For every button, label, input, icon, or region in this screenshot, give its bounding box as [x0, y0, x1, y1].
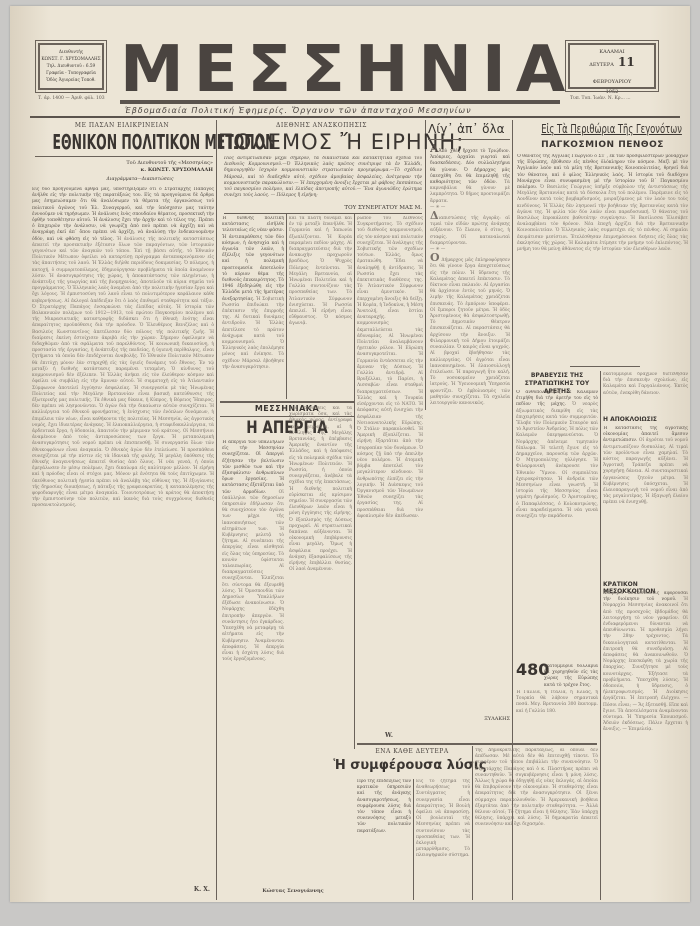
issue-number: Τ. ἀρ. 1400 — Ἀριθ. φύλ. 103: [38, 96, 105, 101]
article-headline: Η ΑΠΟΚΛΟΙΩΣΙΣ: [603, 416, 688, 423]
article-body: Διάφοροι ἀνακοινώσεις ἀφοροῦσαι τὴν διοί…: [603, 591, 688, 891]
section-rule: [428, 139, 510, 140]
byline: Τοῦ Διευθυντοῦ τῆς «Μεσσηνίας» κ. ΚΩΝΣΤ.…: [100, 160, 213, 174]
article-signature: ΞΥΛΑΚΗΣ: [430, 716, 510, 722]
issue-year: 1952: [570, 89, 654, 95]
date-box: ΚΑΛΑΜΑΙ ΔΕΥΤΕΡΑ 11 ΦΕΒΡΟΥΑΡΙΟΥ 1952: [568, 43, 656, 89]
editor-label: Διευθυντής: [40, 48, 102, 55]
editor-phone: Τηλ. Διευθυντοῦ : 6.59: [40, 62, 102, 69]
column-divider: [286, 214, 287, 399]
offices-label: Γραφεῖα - Τυπογραφεῖα: [40, 69, 102, 76]
article-headline: Λίγ᾿ ἀπ᾿ ὅλα: [428, 122, 510, 136]
article-headline: ΠΟΛΕΜΟΣ Ἤ ΕΙΡΗΝΗ;: [218, 130, 423, 154]
headline-rule: [35, 156, 213, 157]
editor-box: Διευθυντής ΚΩΝΣΤ. Γ. ΧΡΥΣΟΜΑΛΛΗΣ Τηλ. Δι…: [38, 43, 104, 90]
column-divider: [216, 120, 217, 900]
masthead-subtitle: Ἑβδομαδιαία Πολιτική Ἐφημερίς. Ὄργανον τ…: [125, 106, 565, 115]
column-divider: [600, 371, 601, 900]
newspaper-page: Διευθυντής ΚΩΝΣΤ. Γ. ΧΡΥΣΟΜΑΛΛΗΣ Τηλ. Δι…: [10, 6, 690, 902]
masthead-title: ΜΕΣΣΗΝΙΑ: [120, 42, 560, 98]
column-divider: [425, 120, 426, 410]
article-signature: W.: [357, 732, 421, 739]
article-signature: Κώστας Σενογιάννης: [235, 888, 351, 894]
article-body: Ὁ θάνατος τῆς Ἀγγλίας Γεωργίου ὁ ΣΤ΄, ἐκ…: [517, 154, 688, 362]
section-rule: [224, 213, 422, 214]
article-kicker: ΕΝΑ ΚΑΘΕ ΔΕΥΤΕΡΑ: [357, 748, 467, 755]
article-body-cont: Εἰς τὸ ζήτημα τῆς ἀναθεωρήσεως τοῦ Συντά…: [416, 779, 470, 894]
section-rule: [570, 366, 640, 367]
article-body: ΑἈπὸ χθὲς ἤρχισε τὸ Τριῴδιον. Ἀπόκριες, …: [430, 144, 510, 704]
section-rule: [220, 401, 354, 403]
printer-note: Τυπ. Τυπ. Ἰωάν. Ν. Κρ... ...: [570, 96, 631, 101]
masthead-rule: [120, 100, 560, 104]
column-divider: [413, 779, 414, 900]
article-body-cont: Ἡ Γαλλία, ἡ Ἰταλία, ἡ Ἑλλάς, ἡ Τουρκία θ…: [516, 690, 598, 740]
article-body: Ὁ ἀνθυπολοχαγὸς ἐκ Καλαμῶν ἐτιμήθη διὰ τ…: [516, 390, 598, 658]
article-body-cont: Τὰς διαθέσεις καὶ τὰ χωρίσματα ὅσα, καὶ …: [289, 406, 352, 740]
article-body: Ἡ ἀπεργία τῶν ὑπαλλήλων εἰς τὴν Μεσσηνία…: [222, 440, 284, 740]
article-signature: Κ. Χ.: [160, 886, 210, 893]
offices-address: Ὁδὸς Ἀγιορείας Τοποθ.: [40, 76, 102, 83]
article-body: Εἰς δύο προηγούμενα ἄρθρα μας, ὑποστηρίξ…: [32, 187, 214, 847]
article-body-cont: ρωπον τοῦ Διεθνοῦς Συγκροτήματος. Τὸ σχέ…: [357, 216, 423, 741]
byline: ΤΟΥ ΣΥΝΕΡΓΑΤΟΥ ΜΑΣ Μ.: [300, 205, 422, 211]
article-body: Ἡ κατάστασις τῆς ἀγροτικῆς οἰκονομίας ἀπ…: [603, 426, 688, 576]
article-kicker: ΔΙΕΘΝΗΣ ΑΝΑΣΚΟΠΗΣΙΣ: [220, 122, 423, 129]
article-kicker: Εἰς Τὰ Περιθώρια Τῆς Γεγονότων: [515, 122, 690, 136]
masthead-bottom-rule: [30, 116, 680, 118]
issue-date: ΔΕΥΤΕΡΑ 11 ΦΕΒΡΟΥΑΡΙΟΥ: [570, 55, 654, 89]
article-body-cont: καὶ τὰ πλάτη δυνάμει καὶ ἐν τῷ μεταξὺ ἐπ…: [289, 216, 352, 398]
subhead: Διαγράμματα—Διαπιστώσεις: [70, 177, 210, 182]
article-lead: Πῶς ἀντιμετώπισαν μέχρι σήμερον, τὰ δικα…: [224, 156, 422, 200]
section-rule: [357, 743, 597, 745]
article-headline: ΕΘΝΙΚΟΝ ΠΟΛΙΤΙΚΟΝ ΜΕΤΩΠΟΝ: [10, 130, 234, 154]
editor-name: ΚΩΝΣΤ. Γ. ΧΡΥΣΟΜΑΛΛΗΣ: [40, 55, 102, 62]
column-divider: [472, 746, 473, 900]
article-body-cont: ἑκατομμύρια δραχμῶν διετέθησαν διὰ τὴν ἐ…: [603, 372, 688, 412]
article-body-cont: τῆς Δημοκρατικῆς παρατάξεως, αἱ ὁποῖαι δ…: [475, 748, 598, 894]
article-kicker: ΜΕ ΠΑΣΑΝ ΕΙΛΙΚΡΙΝΕΙΑΝ: [30, 122, 214, 129]
article-body: Ἡ διεθνὴς πολιτικὴ κατάστασις εἰσῆλθε τε…: [222, 216, 284, 398]
article-headline: ΠΑΓΚΟΣΜΙΟΝ ΠΕΝΘΟΣ: [515, 140, 690, 150]
column-divider: [354, 214, 355, 749]
article-body: Πρὸ τῆς ἐπιδείξεως τῶν κρατικῶν ὑπηρεσιῶ…: [357, 779, 411, 894]
